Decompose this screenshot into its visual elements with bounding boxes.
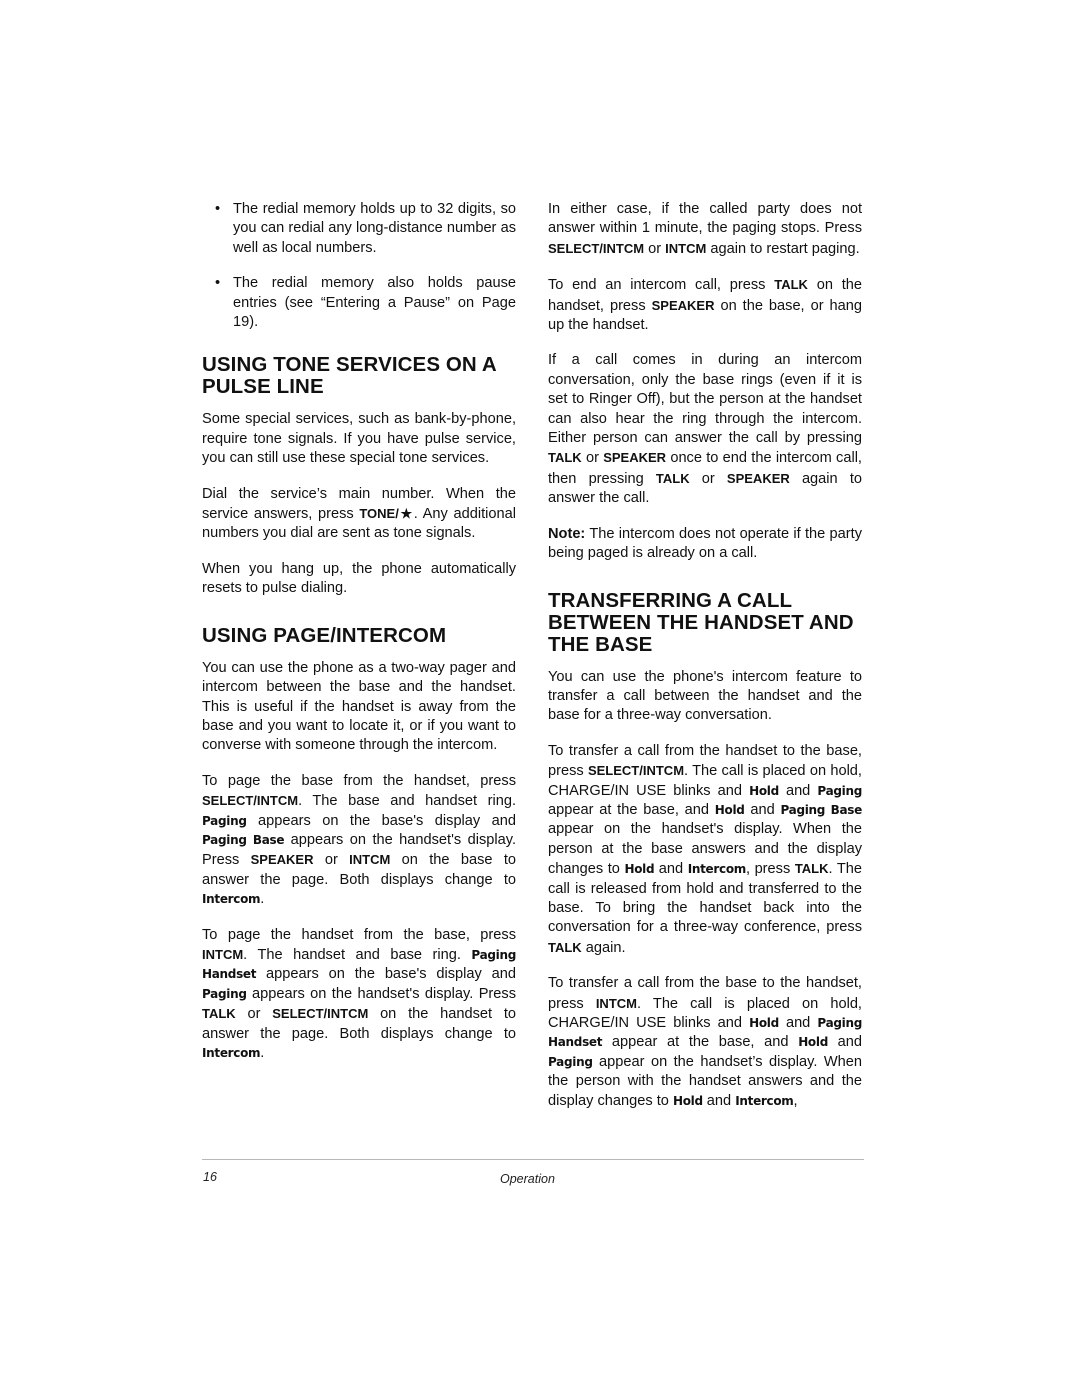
- bullet-icon: •: [215, 200, 220, 219]
- paragraph: To page the handset from the base, press…: [202, 926, 516, 1064]
- note-paragraph: Note: The intercom does not operate if t…: [548, 525, 862, 564]
- paragraph: When you hang up, the phone automaticall…: [202, 560, 516, 599]
- key-label: TALK: [774, 277, 808, 292]
- paragraph: If a call comes in during an intercom co…: [548, 351, 862, 508]
- display-text: Intercom: [202, 1046, 260, 1060]
- paragraph: Some special services, such as bank-by-p…: [202, 410, 516, 468]
- key-label: SPEAKER: [251, 852, 314, 867]
- key-label: INTCM: [596, 996, 637, 1011]
- key-label: SPEAKER: [603, 450, 666, 465]
- key-label: SELECT/INTCM: [548, 241, 644, 256]
- footer-divider: [202, 1159, 864, 1160]
- key-label: TALK: [548, 940, 582, 955]
- key-label: INTCM: [202, 947, 243, 962]
- paragraph: Dial the service’s main number. When the…: [202, 485, 516, 544]
- paragraph: To transfer a call from the handset to t…: [548, 742, 862, 958]
- section-heading-page-intercom: USING PAGE/INTERCOM: [202, 625, 516, 647]
- paragraph: To end an intercom call, press TALK on t…: [548, 275, 862, 335]
- display-text: Paging: [202, 987, 247, 1001]
- section-heading-transferring: TRANSFERRING A CALL BETWEEN THE HANDSET …: [548, 590, 862, 656]
- bullet-icon: •: [215, 274, 220, 293]
- paragraph: In either case, if the called party does…: [548, 200, 862, 259]
- display-text: Hold: [749, 784, 779, 798]
- display-text: Hold: [673, 1094, 703, 1108]
- key-label: SPEAKER: [652, 298, 715, 313]
- display-text: Paging: [817, 784, 862, 798]
- page-number: 16: [203, 1170, 217, 1184]
- bullet-item: • The redial memory holds up to 32 digit…: [202, 200, 516, 258]
- key-label: INTCM: [665, 241, 706, 256]
- section-heading-tone-services: USING TONE SERVICES ON A PULSE LINE: [202, 354, 516, 398]
- display-text: Paging Base: [780, 803, 862, 817]
- key-label: TALK: [548, 450, 582, 465]
- bullet-item: • The redial memory also holds pause ent…: [202, 274, 516, 332]
- paragraph: You can use the phone's intercom feature…: [548, 668, 862, 726]
- key-label: SELECT/INTCM: [588, 763, 684, 778]
- key-label: SELECT/INTCM: [202, 793, 298, 808]
- display-text: Paging: [548, 1055, 593, 1069]
- key-label: TALK: [656, 471, 690, 486]
- note-label: Note:: [548, 526, 585, 542]
- key-label: TALK: [202, 1006, 236, 1021]
- paragraph: To page the base from the handset, press…: [202, 772, 516, 910]
- paragraph: You can use the phone as a two-way pager…: [202, 659, 516, 756]
- display-text: Hold: [624, 862, 654, 876]
- right-column: In either case, if the called party does…: [548, 200, 862, 1127]
- display-text: Intercom: [688, 862, 746, 876]
- key-label: INTCM: [349, 852, 390, 867]
- display-text: Intercom: [202, 892, 260, 906]
- display-text: Paging Base: [202, 833, 284, 847]
- key-label: SELECT/INTCM: [272, 1006, 368, 1021]
- footer-section-title: Operation: [500, 1172, 555, 1186]
- display-text: Hold: [749, 1016, 779, 1030]
- display-text: Hold: [798, 1035, 828, 1049]
- key-label: TONE/★: [359, 506, 413, 521]
- display-text: Paging: [202, 814, 247, 828]
- paragraph: To transfer a call from the base to the …: [548, 974, 862, 1111]
- display-text: Intercom: [735, 1094, 793, 1108]
- left-column: • The redial memory holds up to 32 digit…: [202, 200, 516, 1079]
- key-label: SPEAKER: [727, 471, 790, 486]
- display-text: Hold: [715, 803, 745, 817]
- key-label: TALK: [795, 861, 829, 876]
